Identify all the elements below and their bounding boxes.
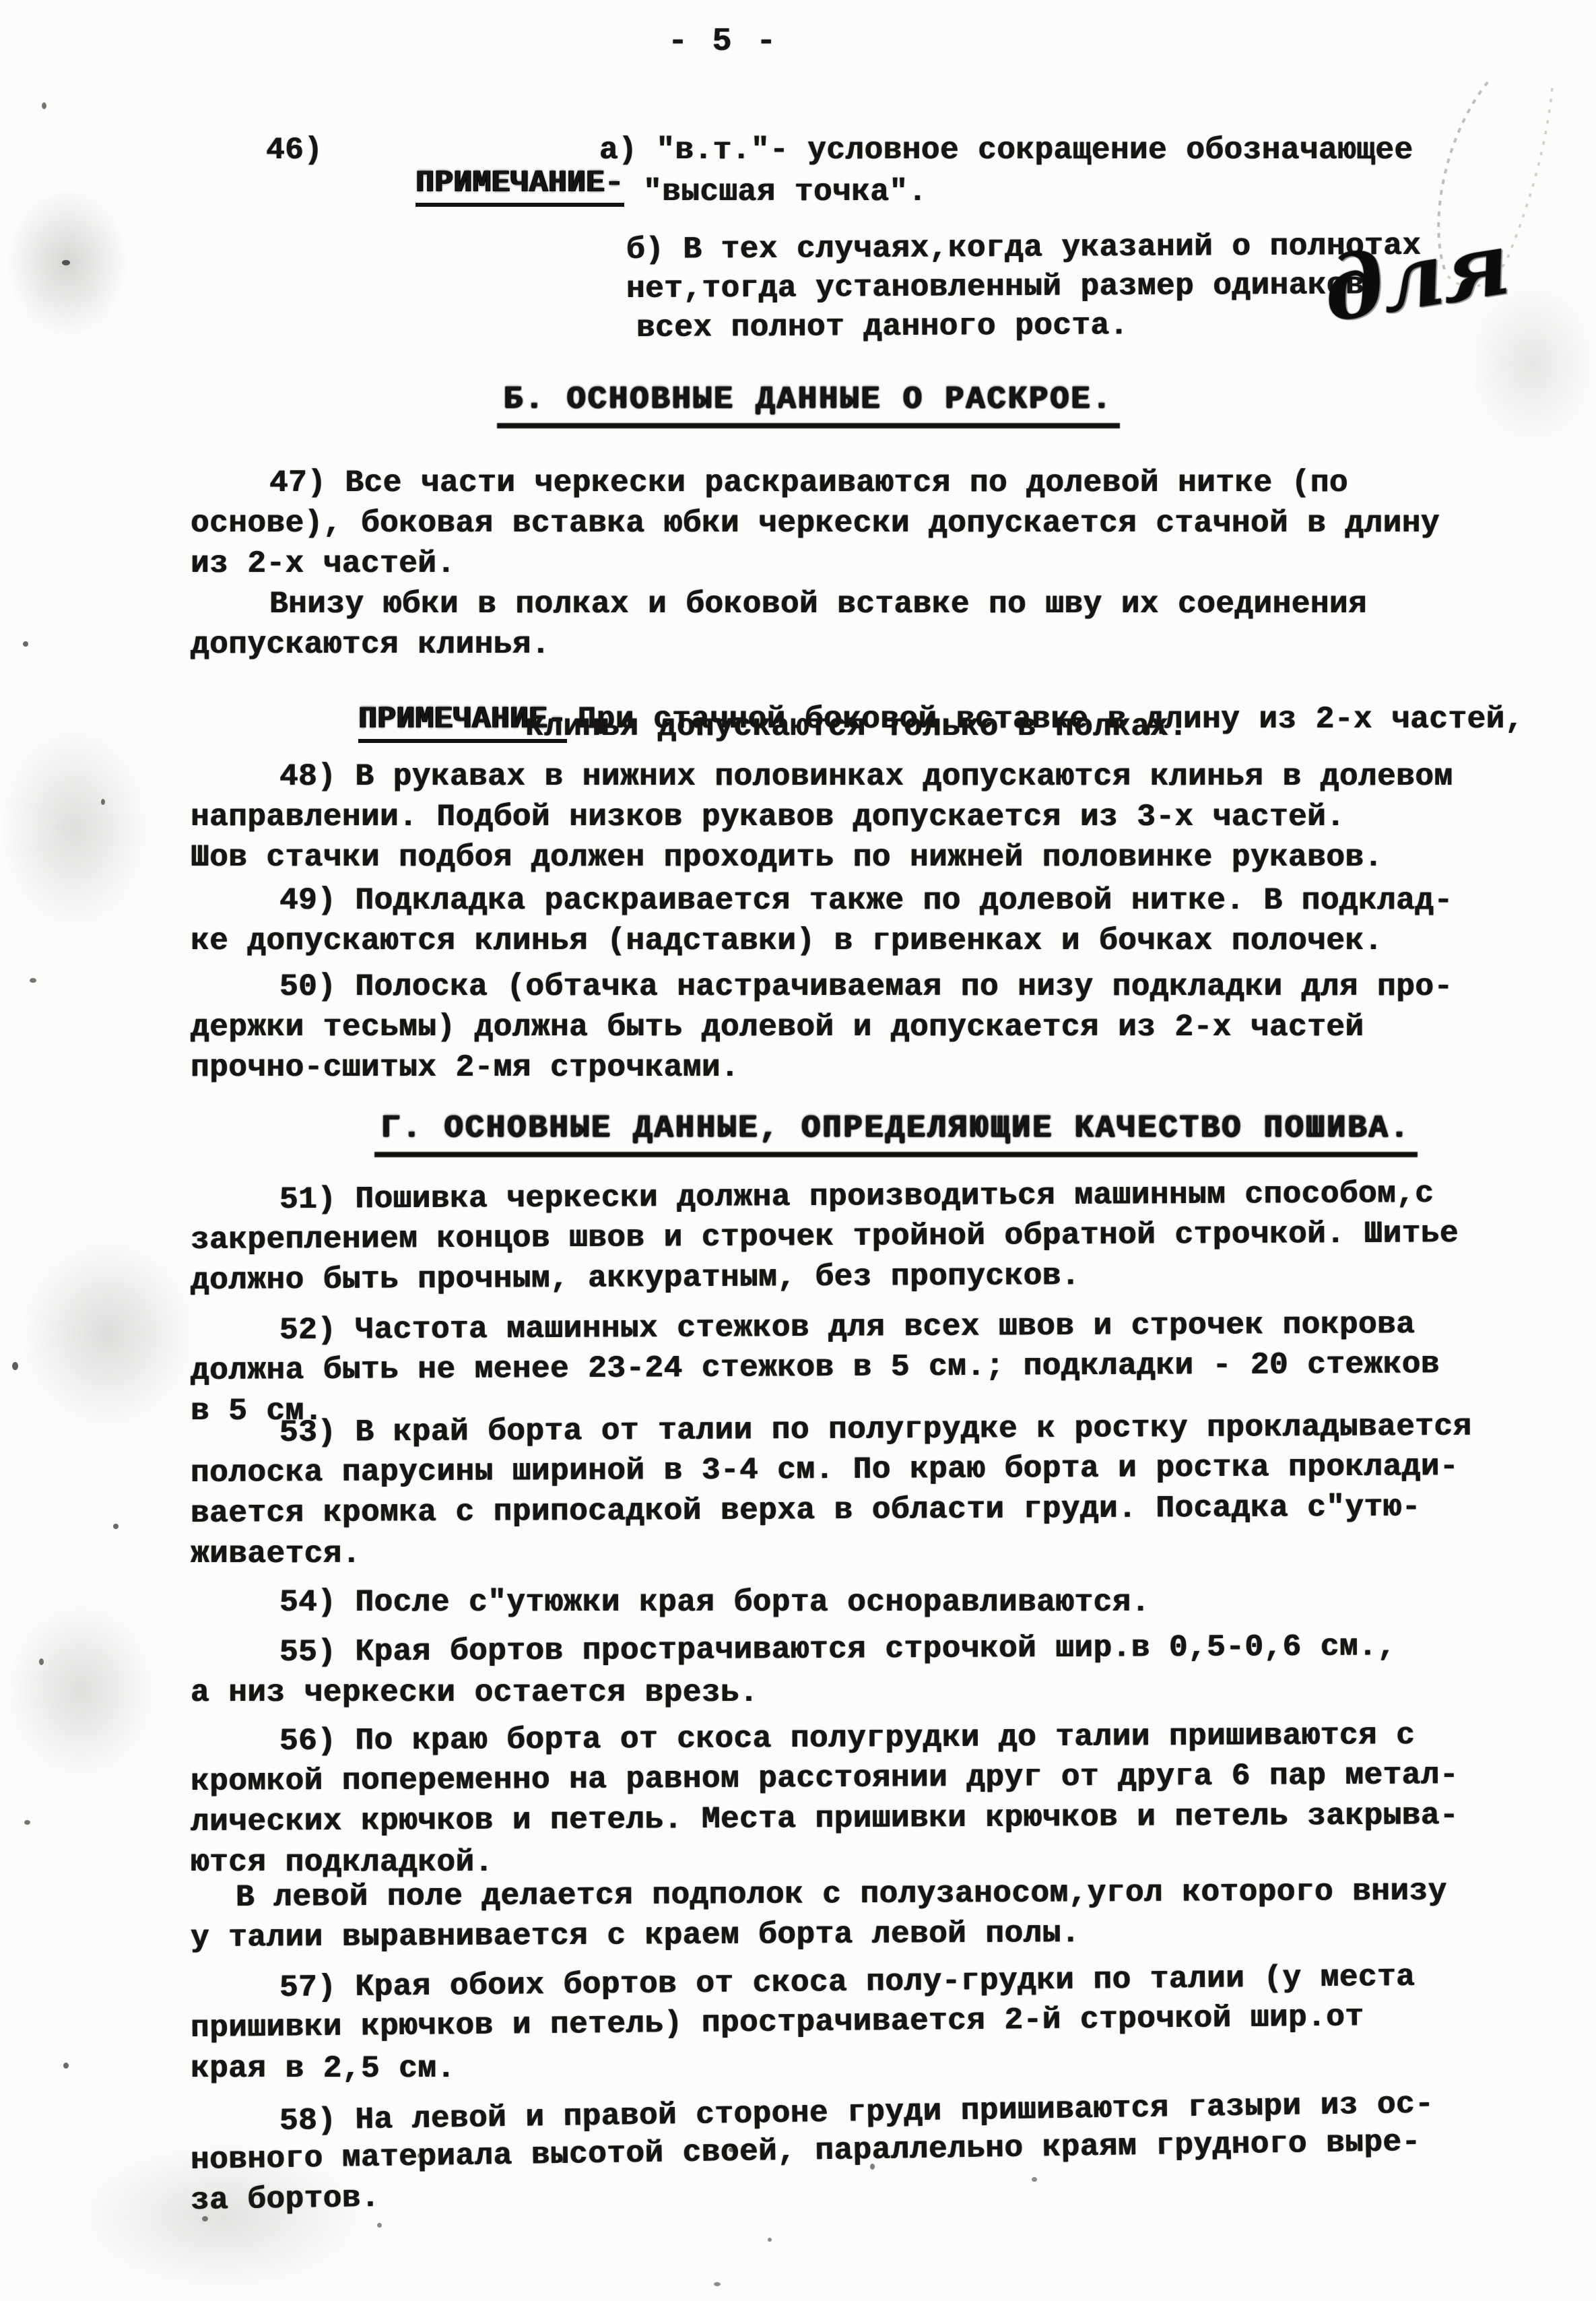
text-line: 51) Пошивка черкески должна производитьс… (279, 1177, 1434, 1217)
text-line: Внизу юбки в полках и боковой вставке по… (269, 587, 1367, 622)
text-line: В левой поле делается подполок с полузан… (236, 1875, 1447, 1915)
text-line: живается. (191, 1537, 361, 1571)
text-line: 57) Края обоих бортов от скоса полу-груд… (279, 1960, 1416, 2005)
text-line: допускаются клинья. (191, 628, 550, 662)
text-line: 49) Подкладка раскраивается также по дол… (279, 884, 1453, 918)
text-line: вается кромка с припосадкой верха в обла… (191, 1490, 1421, 1530)
text-line: пришивки крючков и петель) прострачивает… (191, 2000, 1364, 2045)
handwritten-word: для (1318, 220, 1512, 334)
page-number: - 5 - (668, 24, 778, 60)
text-line: ке допускаются клинья (надставки) в грив… (191, 924, 1383, 959)
text-line: за бортов. (191, 2181, 380, 2218)
text-line: полоска парусины шириной в 3-4 см. По кр… (191, 1450, 1459, 1490)
text-line: 53) В край борта от талии по полугрудке … (279, 1410, 1472, 1450)
note-label: ПРИМЕЧАНИЕ- (415, 166, 624, 207)
text-line: прочно-сшитых 2-мя строчками. (191, 1051, 739, 1085)
text-line: 52) Частота машинных стежков для всех шв… (279, 1307, 1416, 1347)
text-line: края в 2,5 см. (191, 2052, 455, 2086)
text-line: б) В тех случаях,когда указаний о полнот… (626, 229, 1422, 267)
text-line: всех полнот данного роста. (636, 309, 1129, 345)
text-line: направлении. Подбой низков рукавов допус… (191, 800, 1345, 835)
document-page: - 5 - 46) ПРИМЕЧАНИЕ- а) "в.т."- условно… (0, 0, 1596, 2301)
text-line: лических крючков и петель. Места пришивк… (191, 1798, 1459, 1839)
text-line: 48) В рукавах в нижних половинках допуск… (279, 760, 1453, 794)
text-line: "высшая точка". (643, 175, 927, 209)
text-line: а) "в.т."- условное сокращение обозначаю… (599, 133, 1414, 168)
item-46-note-label: ПРИМЕЧАНИЕ- (340, 132, 624, 241)
text-line: из 2-х частей. (191, 547, 455, 581)
text-line: ются подкладкой. (191, 1846, 494, 1880)
text-line: 55) Края бортов прострачиваются строчкой… (279, 1629, 1396, 1669)
text-line: должна быть не менее 23-24 стежков в 5 с… (191, 1347, 1440, 1388)
text-line: 54) После с"утюжки края борта осноравлив… (279, 1586, 1150, 1620)
text-line: у талии выравнивается с краем борта лево… (191, 1916, 1080, 1955)
item-46-number: 46) (266, 133, 323, 168)
text-line: должно быть прочным, аккуратным, без про… (191, 1259, 1080, 1298)
text-line: 47) Все части черкески раскраиваются по … (269, 466, 1348, 500)
text-line: 56) По краю борта от скоса полугрудки до… (279, 1718, 1416, 1758)
text-line: нет,тогда установленный размер одинаков (626, 268, 1364, 306)
text-line: клинья допускаются только в полках. (525, 710, 1188, 744)
text-line: закреплением концов швов и строчек тройн… (191, 1217, 1459, 1257)
text-line: 50) Полоска (обтачка настрачиваемая по н… (279, 970, 1453, 1004)
section-b-heading: Б. ОСНОВНЫЕ ДАННЫЕ О РАСКРОЕ. (497, 383, 1120, 428)
section-g-heading: Г. ОСНОВНЫЕ ДАННЫЕ, ОПРЕДЕЛЯЮЩИЕ КАЧЕСТВ… (374, 1111, 1418, 1157)
text-line: кромкой попеременно на равном расстоянии… (191, 1758, 1459, 1798)
text-line: основе), боковая вставка юбки черкески д… (191, 507, 1440, 541)
text-line: Шов стачки подбоя должен проходить по ни… (191, 841, 1383, 875)
text-line: а низ черкески остается врезь. (191, 1676, 758, 1710)
text-line: держки тесьмы) должна быть долевой и доп… (191, 1010, 1364, 1045)
